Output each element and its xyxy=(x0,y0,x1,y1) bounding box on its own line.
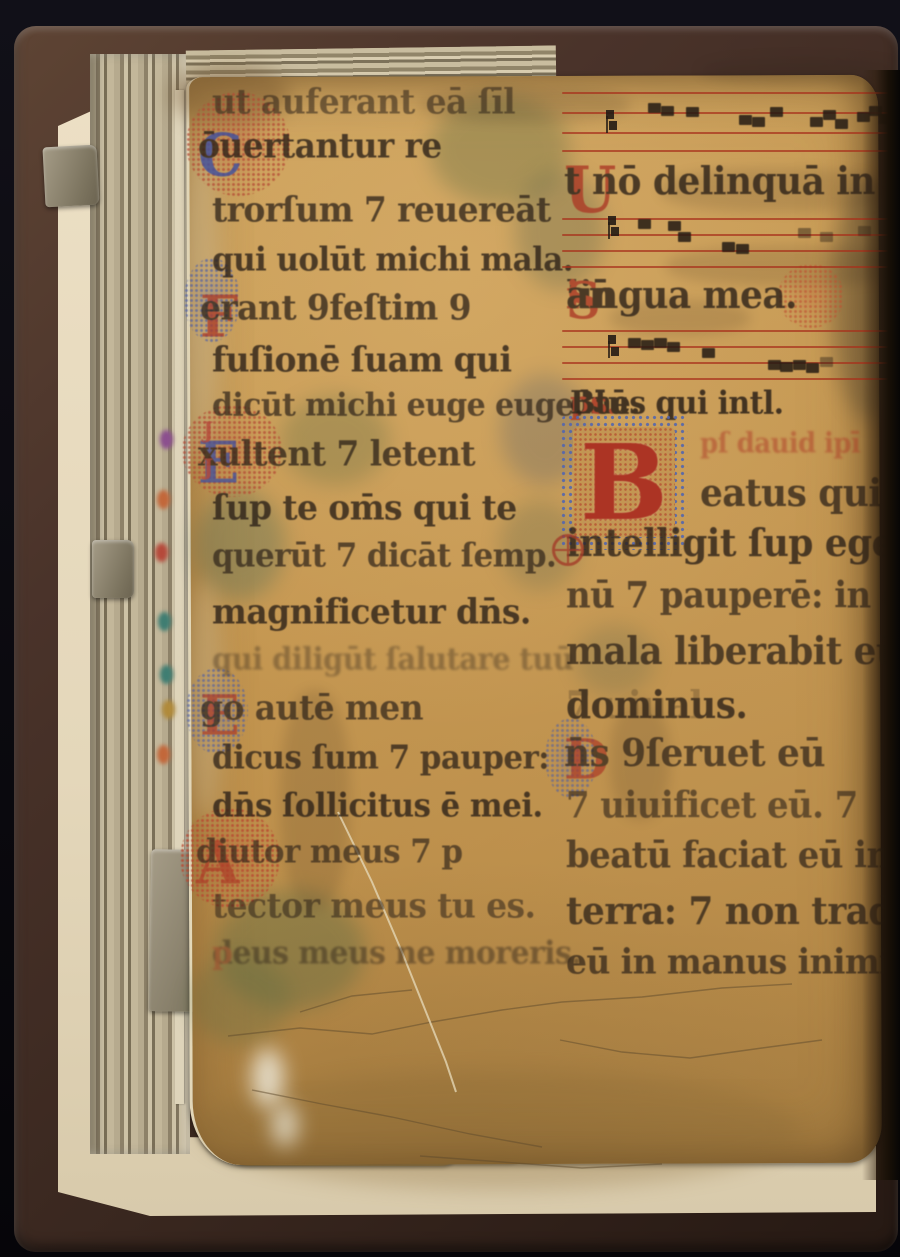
manuscript-photo: ut auferant eā ſīlCōuertantur retrorſum … xyxy=(0,0,900,1257)
staff-line xyxy=(562,266,888,268)
neume-note xyxy=(661,106,674,116)
staff-line xyxy=(562,330,888,332)
text-segment: pſ dauid ipī xyxy=(700,430,860,458)
text-segment: beatū faciat eū in xyxy=(566,838,891,874)
text-segment: terra: 7 non tradat xyxy=(566,892,900,930)
text-segment: qui uolūt michi mala. xyxy=(212,244,573,277)
neume-note xyxy=(820,232,833,242)
text-segment: dicūt michi euge euge. xyxy=(212,390,583,422)
fore-edge-shadow xyxy=(862,70,900,1180)
neume-note xyxy=(770,107,783,117)
neume-note xyxy=(702,348,715,358)
text-segment: p xyxy=(212,938,232,970)
neume-note xyxy=(806,363,819,373)
text-segment: intelligit ſup ege xyxy=(566,524,894,562)
text-segment: diutor meus 7 p xyxy=(196,836,462,869)
text-segment: n̄s 9ſeruet eū xyxy=(564,734,825,772)
neume-note xyxy=(668,221,681,231)
text-segment: trorſum 7 reuereāt xyxy=(212,192,551,227)
neume-note xyxy=(667,342,680,352)
page-content-layer: ut auferant eā ſīlCōuertantur retrorſum … xyxy=(0,0,900,1257)
text-segment: erant 9feſtim 9 xyxy=(200,290,471,325)
neume-note xyxy=(780,362,793,372)
text-segment: 7 uiual xyxy=(566,686,702,724)
neume-note xyxy=(654,338,667,348)
staff-line xyxy=(562,362,888,364)
neume-note xyxy=(648,103,661,113)
staff-line xyxy=(562,132,888,134)
text-segment: 7 uiuificet eū. 7 xyxy=(566,788,858,824)
text-segment: ut auferant eā ſīl xyxy=(212,84,515,119)
text-segment: xultent 7 letent xyxy=(198,436,475,471)
text-segment: eū in manus inimicor̄ xyxy=(566,944,900,979)
neume-note xyxy=(739,115,752,125)
clef-square xyxy=(611,227,619,236)
neume-note xyxy=(638,219,651,229)
text-segment: querūt 7 dicāt ſemp. xyxy=(212,540,556,573)
neume-note xyxy=(798,228,811,238)
text-segment: dn̄s ſollicitus ē mei. xyxy=(212,790,543,823)
text-segment: ſup te om̄s qui te xyxy=(212,490,517,525)
neume-note xyxy=(823,110,836,120)
neume-note xyxy=(736,244,749,254)
text-segment: mala liberabit eū xyxy=(566,632,900,670)
text-segment: tector meus tu es. xyxy=(212,888,535,923)
neume-note xyxy=(686,107,699,117)
clef-stem xyxy=(608,222,610,239)
text-segment: deus meus ne moreris. xyxy=(212,938,581,970)
text-segment: eatus qui xyxy=(700,474,881,512)
margin-mark: J xyxy=(203,418,213,444)
music-stave xyxy=(562,88,888,156)
text-segment: nū 7 pauperē: in die xyxy=(566,578,900,614)
staff-line xyxy=(562,150,888,152)
clef-square xyxy=(609,121,617,130)
neume-note xyxy=(820,357,833,367)
neume-note xyxy=(810,117,823,127)
neume-note xyxy=(641,340,654,350)
text-segment: fuſionē ſuam qui xyxy=(212,342,511,377)
margin-mark: J xyxy=(203,455,213,481)
music-stave xyxy=(562,214,888,282)
neume-note xyxy=(793,360,806,370)
globe-ornament xyxy=(552,534,584,566)
clef-square xyxy=(611,347,619,356)
text-segment: qui diligūt ſalutare tuū xyxy=(212,644,573,675)
text-segment: dicus ſum 7 pauper: xyxy=(212,742,549,775)
neume-note xyxy=(752,117,765,127)
text-segment: an̄ xyxy=(566,276,614,314)
neume-note xyxy=(722,242,735,252)
text-segment: go autē men xyxy=(200,690,423,725)
text-segment: magnificetur dn̄s. xyxy=(212,594,531,629)
staff-line xyxy=(562,378,888,380)
neume-note xyxy=(835,119,848,129)
staff-line xyxy=(562,92,888,94)
neume-note xyxy=(628,338,641,348)
text-segment: ōuertantur re xyxy=(198,128,442,163)
clef-stem xyxy=(606,116,608,133)
neume-note xyxy=(678,232,691,242)
text-segment: t nō delinquā in xyxy=(564,162,875,200)
music-stave xyxy=(562,326,888,394)
clef-stem xyxy=(608,341,610,358)
